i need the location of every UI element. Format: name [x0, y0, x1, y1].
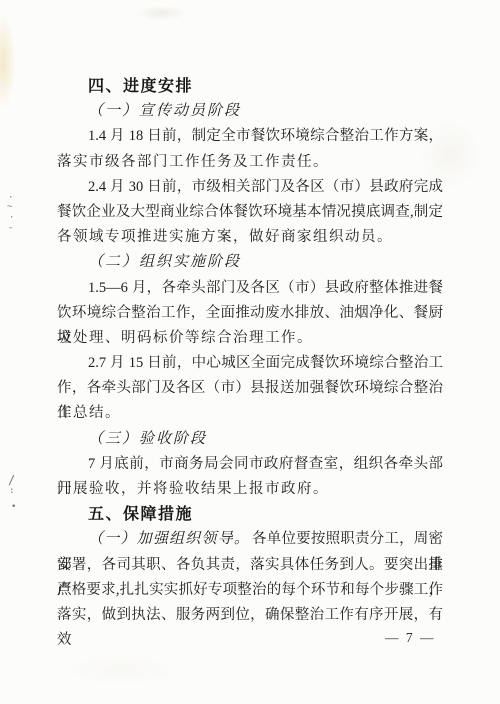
section-heading-4: 四、进度安排 — [57, 74, 443, 99]
body-line: 1.4 月 18 日前，制定全市餐饮环境综合整治工作方案， — [57, 124, 443, 149]
margin-mark: / — [8, 474, 15, 486]
body-line: 作总结。 — [57, 401, 443, 426]
body-line: （一）加强组织领导。各单位要按照职责分工，周密安排 — [57, 527, 443, 552]
body-line: 作，各牵头部门及各区（市）县报送加强餐饮环境综合整治工 — [57, 376, 443, 401]
paper-smudge — [60, 655, 180, 685]
scanned-document-page: 四、进度安排 （一）宣传动员阶段 1.4 月 18 日前，制定全市餐饮环境综合整… — [0, 0, 500, 704]
stage-subheading-2: （二）组织实施阶段 — [57, 250, 443, 275]
margin-mark: · — [9, 214, 14, 223]
clause-lead: （一）加强组织领导。 — [88, 531, 252, 547]
section-heading-5: 五、保障措施 — [57, 502, 443, 527]
margin-mark: • — [11, 503, 16, 512]
body-line: 严格要求,扎扎实实抓好专项整治的每个环节和每个步骤工作 — [57, 578, 443, 603]
body-line: 饮环境综合整治工作，全面推动废水排放、油烟净化、餐厨垃 — [57, 301, 443, 326]
page-number: — 7 — — [385, 630, 436, 646]
margin-mark: : — [9, 487, 14, 496]
paper-smudge — [0, 14, 16, 110]
stage-subheading-1: （一）宣传动员阶段 — [57, 99, 443, 124]
body-line: 落实市级各部门工作任务及工作责任。 — [57, 150, 443, 175]
body-line: 1.5—6 月，各牵头部门及各区（市）县政府整体推进餐 — [57, 276, 443, 301]
body-line: 开展验收，并将验收结果上报市政府。 — [57, 477, 443, 502]
body-line: 餐饮企业及大型商业综合体餐饮环境基本情况摸底调查,制定 — [57, 200, 443, 225]
body-line: 各领域专项推进实施方案，做好商家组织动员。 — [57, 225, 443, 250]
body-line: 圾处理、明码标价等综合治理工作。 — [57, 326, 443, 351]
body-line: 部署，各司其职、各负其责，落实具体任务到人。要突出重点， — [57, 553, 443, 578]
margin-mark: - — [8, 224, 13, 233]
body-line: 落实，做到执法、服务两到位，确保整治工作有序开展，有效 — [57, 603, 443, 628]
margin-mark: ~ — [7, 203, 12, 212]
body-line: 7 月底前，市商务局会同市政府督查室，组织各牵头部门 — [57, 452, 443, 477]
body-line: 2.7 月 15 日前，中心城区全面完成餐饮环境综合整治工 — [57, 351, 443, 376]
document-text-block: 四、进度安排 （一）宣传动员阶段 1.4 月 18 日前，制定全市餐饮环境综合整… — [57, 74, 443, 628]
body-line: 2.4 月 30 日前，市级相关部门及各区（市）县政府完成 — [57, 175, 443, 200]
paper-smudge — [138, 6, 186, 20]
stage-subheading-3: （三）验收阶段 — [57, 427, 443, 452]
